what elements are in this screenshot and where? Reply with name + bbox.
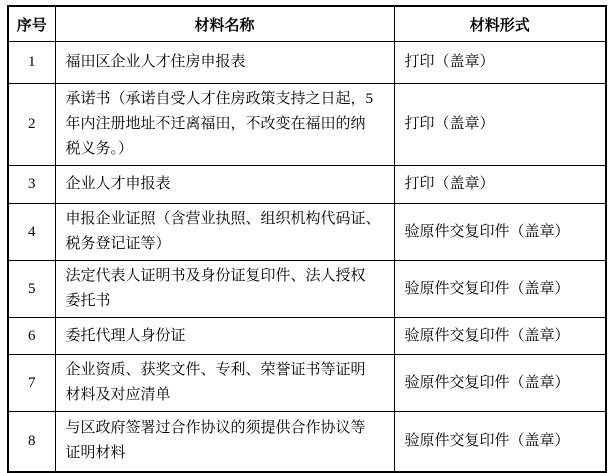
material-form-cell: 验原件交复印件（盖章） (394, 204, 606, 261)
serial-number-cell: 6 (8, 318, 55, 355)
table-row: 8与区政府签署过合作协议的须提供合作协议等 证明材料验原件交复印件（盖章） (8, 412, 606, 472)
table-row: 4申报企业证照（含营业执照、组织机构代码证、 税务登记证等）验原件交复印件（盖章… (8, 204, 606, 261)
material-name-cell: 企业人才申报表 (55, 166, 394, 204)
serial-number-cell: 3 (8, 166, 55, 204)
material-form-cell: 验原件交复印件（盖章） (394, 412, 606, 472)
table-row: 1福田区企业人才住房申报表打印（盖章） (8, 42, 606, 84)
table-body: 1福田区企业人才住房申报表打印（盖章）2承诺书（承诺自受人才住房政策支持之日起，… (8, 42, 606, 472)
material-name-cell: 承诺书（承诺自受人才住房政策支持之日起，5 年内注册地址不迁离福田，不改变在福田… (55, 84, 394, 166)
table-row: 2承诺书（承诺自受人才住房政策支持之日起，5 年内注册地址不迁离福田，不改变在福… (8, 84, 606, 166)
material-name-cell: 企业资质、获奖文件、专利、荣誉证书等证明 材料及对应清单 (55, 355, 394, 412)
material-form-cell: 验原件交复印件（盖章） (394, 261, 606, 318)
material-name-cell: 与区政府签署过合作协议的须提供合作协议等 证明材料 (55, 412, 394, 472)
header-material-form: 材料形式 (394, 6, 606, 42)
serial-number-cell: 7 (8, 355, 55, 412)
serial-number-cell: 2 (8, 84, 55, 166)
table-row: 7企业资质、获奖文件、专利、荣誉证书等证明 材料及对应清单验原件交复印件（盖章） (8, 355, 606, 412)
serial-number-cell: 8 (8, 412, 55, 472)
table-row: 6委托代理人身份证验原件交复印件（盖章） (8, 318, 606, 355)
header-serial-number: 序号 (8, 6, 55, 42)
material-form-cell: 打印（盖章） (394, 42, 606, 84)
material-form-cell: 打印（盖章） (394, 166, 606, 204)
table-row: 5法定代表人证明书及身份证复印件、法人授权 委托书验原件交复印件（盖章） (8, 261, 606, 318)
table-header: 序号 材料名称 材料形式 (8, 6, 606, 42)
material-name-cell: 申报企业证照（含营业执照、组织机构代码证、 税务登记证等） (55, 204, 394, 261)
serial-number-cell: 5 (8, 261, 55, 318)
material-name-cell: 福田区企业人才住房申报表 (55, 42, 394, 84)
serial-number-cell: 1 (8, 42, 55, 84)
table-row: 3企业人才申报表打印（盖章） (8, 166, 606, 204)
material-form-cell: 验原件交复印件（盖章） (394, 355, 606, 412)
header-material-name: 材料名称 (55, 6, 394, 42)
header-row: 序号 材料名称 材料形式 (8, 6, 606, 42)
materials-table: 序号 材料名称 材料形式 1福田区企业人才住房申报表打印（盖章）2承诺书（承诺自… (7, 5, 607, 473)
material-form-cell: 打印（盖章） (394, 84, 606, 166)
material-form-cell: 验原件交复印件（盖章） (394, 318, 606, 355)
document-page: 序号 材料名称 材料形式 1福田区企业人才住房申报表打印（盖章）2承诺书（承诺自… (0, 0, 614, 473)
material-name-cell: 委托代理人身份证 (55, 318, 394, 355)
material-name-cell: 法定代表人证明书及身份证复印件、法人授权 委托书 (55, 261, 394, 318)
serial-number-cell: 4 (8, 204, 55, 261)
